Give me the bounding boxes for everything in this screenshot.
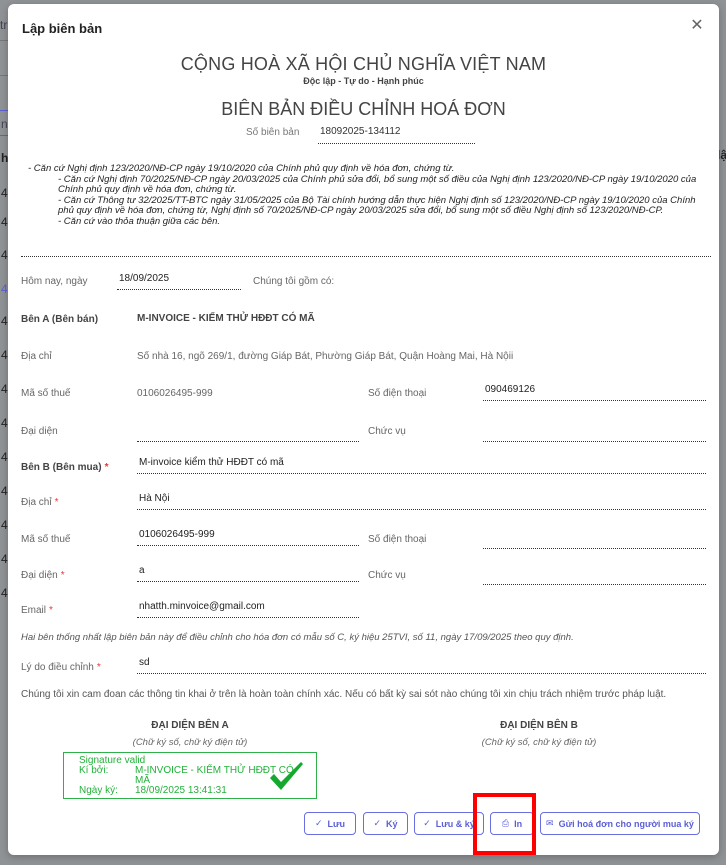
party-b-address-field[interactable]: Hà Nội (137, 490, 706, 510)
send-to-buyer-button[interactable]: ✉Gửi hoá đơn cho người mua ký (540, 812, 700, 835)
bg-row-digit: 4 (1, 484, 8, 498)
party-a-tax-code-label: Mã số thuế (21, 388, 70, 399)
party-a-rep-label: Đại diện (21, 426, 58, 437)
party-a-position-label: Chức vụ (368, 426, 406, 437)
party-b-email-label-text: Email (21, 605, 46, 616)
party-a-tax-code: 0106026495-999 (137, 388, 213, 399)
create-record-dialog: Lập biên bản ✕ CỘNG HOÀ XÃ HỘI CHỦ NGHĨA… (8, 4, 719, 855)
required-mark: * (97, 662, 101, 673)
party-b-rep-label-text: Đại diện (21, 570, 58, 581)
date-field[interactable]: 18/09/2025 (117, 270, 241, 290)
party-b-email-field[interactable]: nhatth.minvoice@gmail.com (137, 598, 359, 618)
checkmark-icon (268, 760, 304, 792)
reason-label: Lý do điều chỉnh* (21, 662, 101, 673)
party-b-address-label-text: Địa chỉ (21, 497, 52, 508)
party-b-rep-label: Đại diện* (21, 570, 65, 581)
commitment-text: Chúng tôi xin cam đoan các thông tin kha… (21, 689, 666, 700)
party-a-position-field[interactable] (483, 422, 706, 442)
agreement-note: Hai bên thống nhất lập biên bản này để đ… (21, 632, 574, 643)
party-b-signature-subtitle: (Chữ ký số, chữ ký điện tử) (439, 737, 639, 748)
party-b-name-field[interactable]: M-invoice kiểm thử HĐĐT có mã (137, 454, 706, 474)
party-a-name: M-INVOICE - KIẾM THỬ HĐĐT CÓ MÃ (137, 313, 315, 324)
document-number-field[interactable]: 18092025-134112 (318, 126, 475, 144)
motto: Độc lập - Tự do - Hạnh phúc (8, 76, 719, 86)
sign-date-value: 18/09/2025 13:41:31 (135, 786, 227, 796)
legal-basis-item: - Căn cứ Nghị định 70/2025/NĐ-CP ngày 20… (28, 175, 708, 196)
save-and-sign-button[interactable]: ✓Lưu & ký (414, 812, 484, 835)
party-b-label: Bên B (Bên mua)* (21, 462, 108, 473)
section-divider (21, 256, 711, 257)
reason-label-text: Lý do điều chỉnh (21, 662, 94, 673)
party-a-label: Bên A (Bên bán) (21, 314, 98, 325)
party-b-position-field[interactable] (483, 565, 706, 585)
print-button[interactable]: ⎙In (490, 812, 534, 835)
sign-button-label: Ký (386, 819, 398, 829)
party-a-rep-field[interactable] (137, 422, 359, 442)
dialog-title: Lập biên bản (22, 21, 102, 36)
bg-row-digit: 4 (1, 552, 8, 566)
party-b-rep-field[interactable]: a (137, 562, 359, 582)
bg-row-digit: 4 (1, 314, 8, 328)
digital-signature-stamp: Signature valid Kí bởi: M-INVOICE - KIỂM… (63, 752, 317, 799)
legal-basis-item: - Căn cứ vào thỏa thuận giữa các bên. (28, 217, 708, 228)
save-and-sign-button-label: Lưu & ký (436, 819, 475, 829)
party-a-address: Số nhà 16, ngõ 269/1, đường Giáp Bát, Ph… (137, 351, 513, 362)
send-to-buyer-button-label: Gửi hoá đơn cho người mua ký (559, 819, 694, 829)
nation-heading: CỘNG HOÀ XÃ HỘI CHỦ NGHĨA VIỆT NAM (8, 54, 719, 75)
signed-by-label: Kí bởi: (79, 766, 108, 776)
party-b-signature-title: ĐẠI DIỆN BÊN B (439, 720, 639, 731)
required-mark: * (49, 605, 53, 616)
printer-icon: ⎙ (502, 818, 509, 829)
required-mark: * (105, 462, 109, 473)
sign-date-label: Ngày ký: (79, 786, 118, 796)
party-a-address-label: Địa chỉ (21, 351, 52, 362)
legal-basis-item: - Căn cứ Nghị định 123/2020/NĐ-CP ngày 1… (28, 164, 708, 175)
party-b-label-text: Bên B (Bên mua) (21, 462, 102, 473)
parties-label: Chúng tôi gồm có: (253, 276, 334, 287)
party-a-phone-label: Số điện thoại (368, 388, 426, 399)
party-a-signature-subtitle: (Chữ ký số, chữ ký điện tử) (90, 737, 290, 748)
save-button[interactable]: ✓Lưu (304, 812, 356, 835)
bg-row-digit: 4 (1, 215, 8, 229)
party-b-address-label: Địa chỉ* (21, 497, 58, 508)
party-b-phone-field[interactable] (483, 529, 706, 549)
document-title: BIÊN BẢN ĐIỀU CHỈNH HOÁ ĐƠN (8, 99, 719, 120)
party-b-tax-code-label: Mã số thuế (21, 534, 70, 545)
check-icon: ✓ (373, 818, 381, 829)
required-mark: * (61, 570, 65, 581)
bg-row-digit: 4 (1, 248, 8, 262)
legal-basis: - Căn cứ Nghị định 123/2020/NĐ-CP ngày 1… (28, 164, 708, 227)
reason-field[interactable]: sd (137, 654, 706, 674)
party-b-email-label: Email* (21, 605, 53, 616)
check-icon: ✓ (423, 818, 431, 829)
bg-text-fragment: tr (0, 18, 7, 32)
party-a-phone-field[interactable]: 090469126 (483, 381, 706, 401)
close-icon[interactable]: ✕ (689, 18, 705, 34)
party-b-position-label: Chức vụ (368, 570, 406, 581)
party-b-tax-code-field[interactable]: 0106026495-999 (137, 526, 359, 546)
party-a-signature-title: ĐẠI DIỆN BÊN A (90, 720, 290, 731)
party-b-phone-label: Số điện thoại (368, 534, 426, 545)
save-button-label: Lưu (328, 819, 346, 829)
bg-row-digit: 4 (1, 382, 8, 396)
mail-icon: ✉ (546, 818, 554, 829)
bg-row-digit: 4 (1, 450, 8, 464)
print-button-label: In (514, 819, 522, 829)
sign-button[interactable]: ✓Ký (363, 812, 408, 835)
bg-row-digit: 4 (1, 518, 8, 532)
required-mark: * (55, 497, 59, 508)
document-number-label: Số biên bản (246, 127, 299, 138)
date-label: Hôm nay, ngày (21, 276, 88, 287)
check-icon: ✓ (315, 818, 323, 829)
bg-row-digit: 4 (1, 586, 8, 600)
bg-text-fragment: n (1, 117, 8, 131)
bg-row-digit: 4 (1, 186, 8, 200)
bg-row-digit: 4 (1, 416, 8, 430)
bg-row-digit: 4 (1, 348, 8, 362)
legal-basis-item: - Căn cứ Thông tư 32/2025/TT-BTC ngày 31… (28, 196, 708, 217)
bg-row-digit: 4 (1, 282, 8, 296)
